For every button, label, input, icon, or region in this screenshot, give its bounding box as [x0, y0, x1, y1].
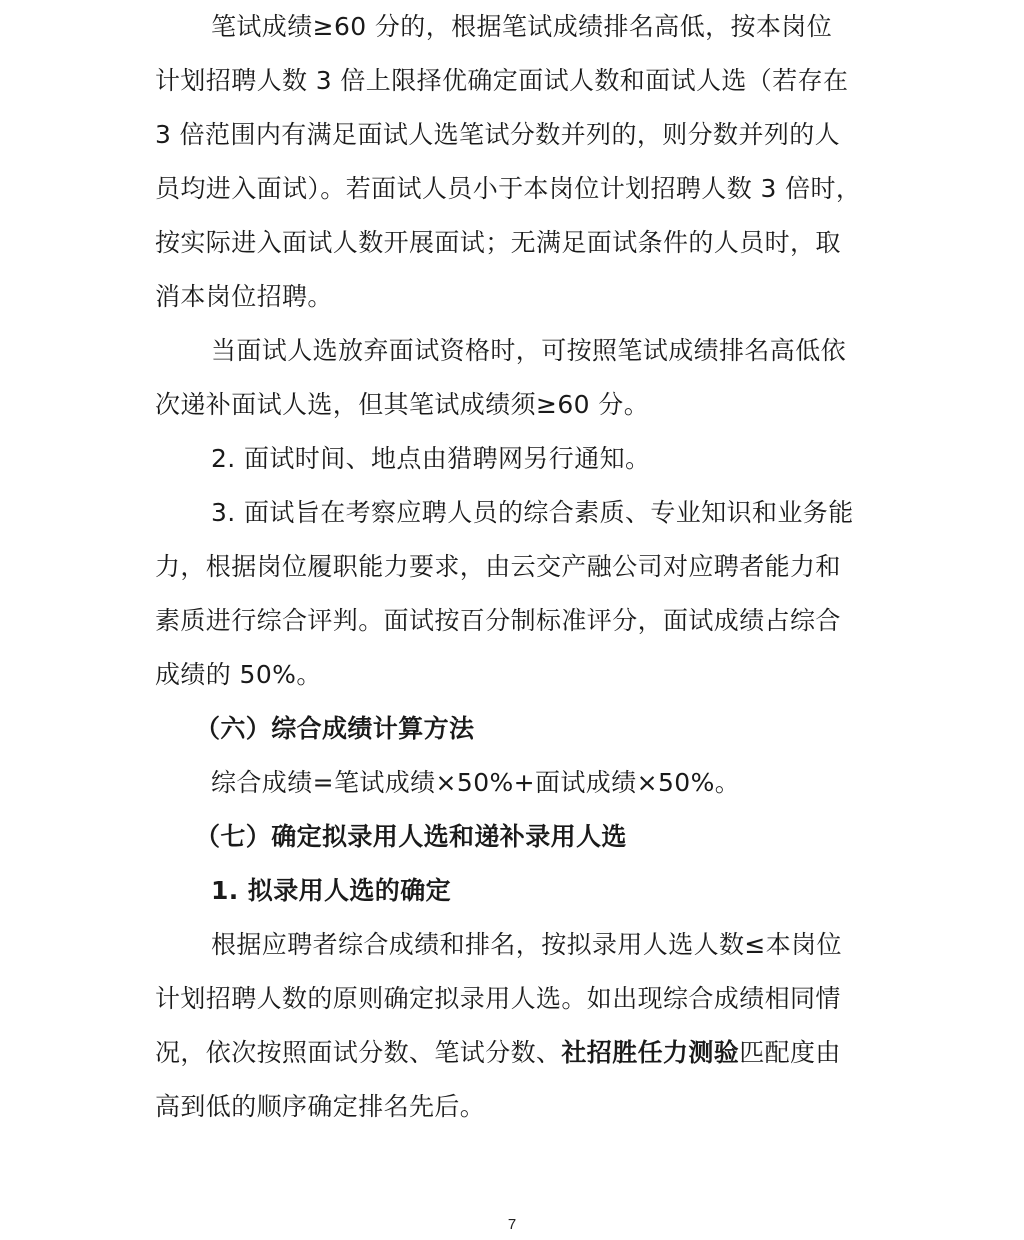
formula-line: 综合成绩=笔试成绩×50%+面试成绩×50%。: [211, 768, 740, 798]
paragraph-line: 按实际进入面试人数开展面试；无满足面试条件的人员时，取: [155, 228, 841, 258]
paragraph-line: 力，根据岗位履职能力要求，由云交产融公司对应聘者能力和: [155, 552, 841, 582]
paragraph-line: 根据应聘者综合成绩和排名，按拟录用人选人数≤本岗位: [211, 930, 842, 960]
paragraph-line: 计划招聘人数的原则确定拟录用人选。如出现综合成绩相同情: [155, 984, 841, 1014]
paragraph-line: 计划招聘人数 3 倍上限择优确定面试人数和面试人选（若存在: [155, 66, 848, 96]
subsection-heading-1: 1. 拟录用人选的确定: [211, 876, 451, 906]
text-segment: 匹配度由: [739, 1038, 841, 1067]
paragraph-line: 素质进行综合评判。面试按百分制标准评分，面试成绩占综合: [155, 606, 841, 636]
paragraph-line: 笔试成绩≥60 分的，根据笔试成绩排名高低，按本岗位: [211, 12, 832, 42]
section-heading-6: （六）综合成绩计算方法: [195, 714, 474, 744]
numbered-item-3: 3. 面试旨在考察应聘人员的综合素质、专业知识和业务能: [211, 498, 854, 528]
bold-term: 社招胜任力测验: [561, 1038, 739, 1067]
paragraph-line: 况，依次按照面试分数、笔试分数、社招胜任力测验匹配度由: [155, 1038, 841, 1068]
text-segment: 况，依次按照面试分数、笔试分数、: [155, 1038, 561, 1067]
paragraph-line: 3 倍范围内有满足面试人选笔试分数并列的，则分数并列的人: [155, 120, 840, 150]
paragraph-line: 消本岗位招聘。: [155, 282, 333, 312]
paragraph-line: 员均进入面试）。若面试人员小于本岗位计划招聘人数 3 倍时，: [155, 174, 861, 204]
paragraph-line: 成绩的 50%。: [155, 660, 322, 690]
numbered-item-2: 2. 面试时间、地点由猎聘网另行通知。: [211, 444, 650, 474]
paragraph-line: 当面试人选放弃面试资格时，可按照笔试成绩排名高低依: [211, 336, 846, 366]
paragraph-line: 次递补面试人选，但其笔试成绩须≥60 分。: [155, 390, 649, 420]
paragraph-line: 高到低的顺序确定排名先后。: [155, 1092, 485, 1122]
section-heading-7: （七）确定拟录用人选和递补录用人选: [195, 822, 627, 852]
page-number: 7: [0, 1216, 1024, 1233]
